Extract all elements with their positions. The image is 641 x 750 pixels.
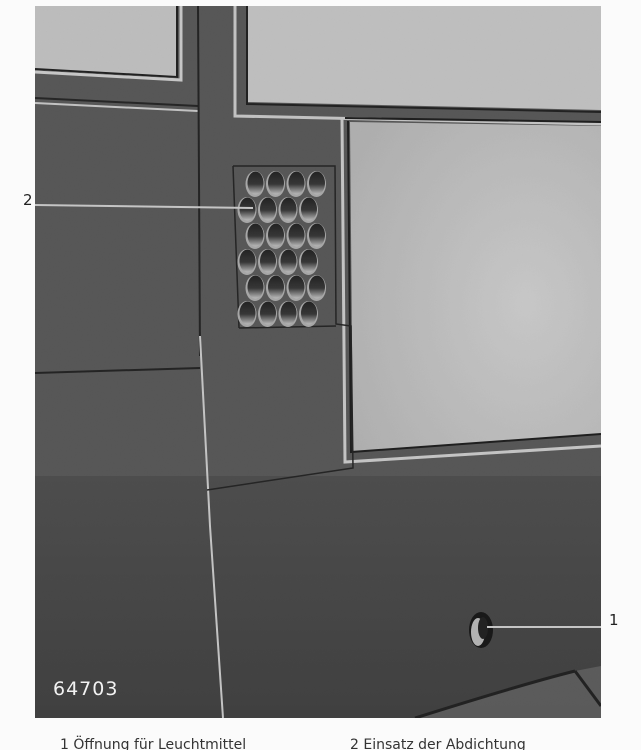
caption-item-2: 2 Einsatz der Abdichtung [350,737,526,750]
panel-illustration [35,6,601,718]
photograph: 64703 [35,6,601,718]
callout-label-1: 1 [609,611,619,629]
caption-item-1: 1 Öffnung für Leuchtmittel [60,737,246,750]
figure-number: 64703 [53,678,118,700]
callout-label-2: 2 [23,191,33,209]
